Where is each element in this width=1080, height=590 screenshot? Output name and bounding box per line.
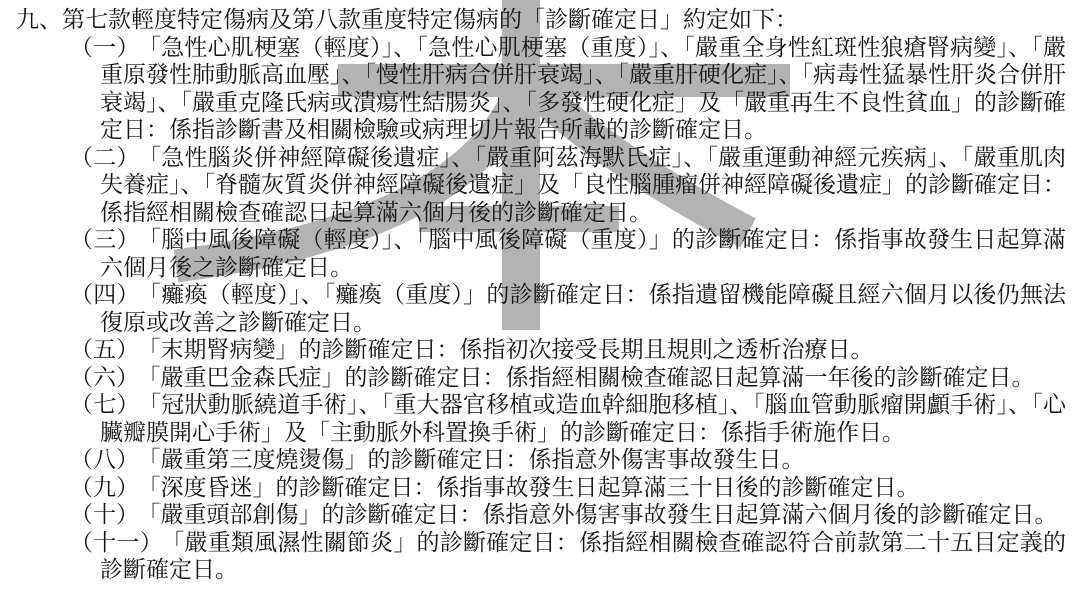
item-marker: （三） [70, 227, 140, 252]
clause-item-10: （十）「嚴重頭部創傷」的診斷確定日：係指意外傷害事故發生日起算滿六個月後的診斷確… [16, 501, 1066, 529]
item-text: 「嚴重巴金森氏症」的診斷確定日：係指經相關檢查確認日起算滿一年後的診斷確定日。 [149, 365, 1035, 390]
item-marker: （八） [70, 447, 139, 472]
item-text: 「冠狀動脈繞道手術」、「重大器官移植或造血幹細胞移植」、「腦血管動脈瘤開顱手術」… [100, 392, 1066, 445]
item-marker: （九） [70, 475, 139, 500]
item-marker: （四） [70, 282, 140, 307]
item-text: 「急性心肌梗塞（輕度）」、「急性心肌梗塞（重度）」、「嚴重全身性紅斑性狼瘡腎病變… [100, 35, 1066, 143]
clause-item-3: （三）「腦中風後障礙（輕度）」、「腦中風後障礙（重度）」的診斷確定日：係指事故發… [16, 226, 1066, 281]
clause-item-2: （二）「急性腦炎併神經障礙後遺症」、「嚴重阿茲海默氏症」、「嚴重運動神經元疾病」… [16, 144, 1066, 227]
item-marker: （五） [70, 337, 139, 362]
clause-item-4: （四）「癱瘓（輕度）」、「癱瘓（重度）」的診斷確定日：係指遺留機能障礙且經六個月… [16, 281, 1066, 336]
clause-item-8: （八）「嚴重第三度燒燙傷」的診斷確定日：係指意外傷害事故發生日。 [16, 446, 1066, 474]
clause-item-5: （五）「末期腎病變」的診斷確定日：係指初次接受長期且規則之透析治療日。 [16, 336, 1066, 364]
document-page: 九、第七款輕度特定傷病及第八款重度特定傷病的「診斷確定日」約定如下： （一）「急… [0, 0, 1080, 590]
item-text: 「急性腦炎併神經障礙後遺症」、「嚴重阿茲海默氏症」、「嚴重運動神經元疾病」、「嚴… [100, 145, 1066, 225]
clause-item-6: （六）「嚴重巴金森氏症」的診斷確定日：係指經相關檢查確認日起算滿一年後的診斷確定… [16, 364, 1066, 392]
clause-item-11: （十一）「嚴重類風濕性關節炎」的診斷確定日：係指經相關檢查確認符合前款第二十五目… [16, 529, 1066, 584]
item-marker: （七） [70, 392, 140, 417]
item-marker: （六） [70, 365, 139, 390]
clause-number: 九、 [16, 7, 62, 32]
clause-text-block: 九、第七款輕度特定傷病及第八款重度特定傷病的「診斷確定日」約定如下： （一）「急… [0, 0, 1080, 584]
clause-item-9: （九）「深度昏迷」的診斷確定日：係指事故發生日起算滿三十日後的診斷確定日。 [16, 474, 1066, 502]
item-text: 「深度昏迷」的診斷確定日：係指事故發生日起算滿三十日後的診斷確定日。 [149, 475, 920, 500]
item-marker: （十） [70, 502, 139, 527]
item-marker: （十一） [70, 530, 163, 555]
clause-header: 九、第七款輕度特定傷病及第八款重度特定傷病的「診斷確定日」約定如下： [16, 6, 1066, 34]
item-text: 「腦中風後障礙（輕度）」、「腦中風後障礙（重度）」的診斷確定日：係指事故發生日起… [100, 227, 1066, 280]
item-marker: （一） [70, 35, 140, 60]
item-marker: （二） [70, 145, 140, 170]
clause-item-7: （七）「冠狀動脈繞道手術」、「重大器官移植或造血幹細胞移植」、「腦血管動脈瘤開顱… [16, 391, 1066, 446]
item-text: 「嚴重類風濕性關節炎」的診斷確定日：係指經相關檢查確認符合前款第二十五目定義的診… [100, 530, 1066, 583]
item-text: 「末期腎病變」的診斷確定日：係指初次接受長期且規則之透析治療日。 [149, 337, 874, 362]
item-text: 「嚴重頭部創傷」的診斷確定日：係指意外傷害事故發生日起算滿六個月後的診斷確定日。 [149, 502, 1058, 527]
item-text: 「嚴重第三度燒燙傷」的診斷確定日：係指意外傷害事故發生日。 [149, 447, 805, 472]
clause-item-list: （一）「急性心肌梗塞（輕度）」、「急性心肌梗塞（重度）」、「嚴重全身性紅斑性狼瘡… [16, 34, 1066, 584]
item-text: 「癱瘓（輕度）」、「癱瘓（重度）」的診斷確定日：係指遺留機能障礙且經六個月以後仍… [100, 282, 1066, 335]
clause-item-1: （一）「急性心肌梗塞（輕度）」、「急性心肌梗塞（重度）」、「嚴重全身性紅斑性狼瘡… [16, 34, 1066, 144]
clause-header-text: 第七款輕度特定傷病及第八款重度特定傷病的「診斷確定日」約定如下： [62, 7, 798, 32]
